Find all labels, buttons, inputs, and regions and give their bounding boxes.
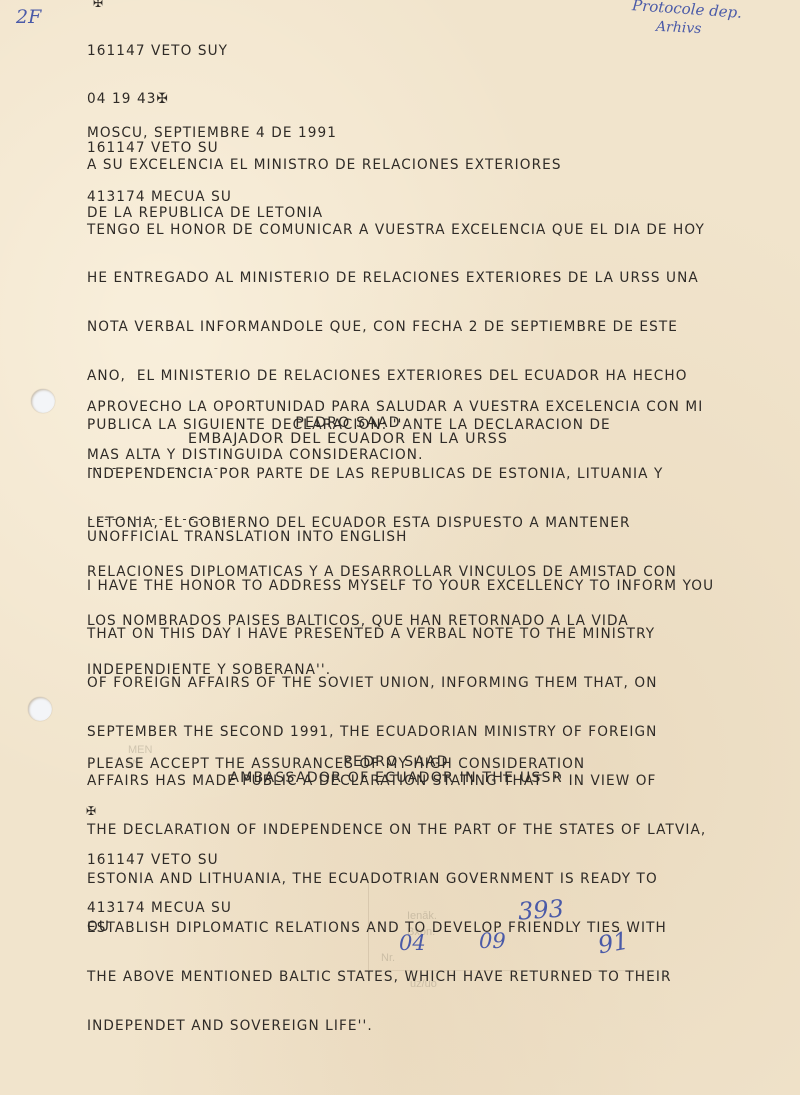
body-line: NOTA VERBAL INFORMANDOLE QUE, CON FECHA … — [87, 319, 705, 335]
closing-line: APROVECHO LA OPORTUNIDAD PARA SALUDAR A … — [87, 399, 703, 415]
handwritten-date-year: 91 — [596, 927, 631, 960]
english-signature: PEDRO SAAD AMBASSADOR OF ECUADOR IN THE … — [0, 754, 796, 787]
body-line: THAT ON THIS DAY I HAVE PRESENTED A VERB… — [87, 626, 714, 642]
signature-title: AMBASSADOR OF ECUADOR IN THE USSR — [0, 770, 796, 786]
handwritten-date-day: 04 — [399, 931, 426, 955]
registration-stamp-box: Ienāk. Bxon. Nr. — [368, 880, 659, 971]
separator-line: ------------------- — [87, 461, 236, 475]
end-mark-text: OU — [87, 919, 110, 935]
stamp-word: Nr. — [381, 952, 395, 964]
hole-punch-upper — [31, 389, 55, 413]
stamp-word: Ienāk. — [407, 910, 437, 922]
body-line: INDEPENDET AND SOVEREIGN LIFE''. — [87, 1018, 714, 1034]
signature-name: PEDRO SAAD — [0, 415, 748, 431]
handwritten-registration-number: 393 — [517, 894, 565, 925]
body-line: I HAVE THE HONOR TO ADDRESS MYSELF TO YO… — [87, 578, 714, 594]
stamp-word: uz/uo — [410, 978, 437, 990]
hole-punch-lower — [28, 697, 52, 721]
body-line: OF FOREIGN AFFAIRS OF THE SOVIET UNION, … — [87, 675, 714, 691]
body-line: TENGO EL HONOR DE COMUNICAR A VUESTRA EX… — [87, 222, 705, 238]
end-mark: OU — [87, 886, 110, 967]
handwritten-archive-note-line2: Arhivs — [656, 19, 702, 37]
body-line: THE ABOVE MENTIONED BALTIC STATES, WHICH… — [87, 969, 714, 985]
footer-code-line: 161147 VETO SU — [87, 852, 232, 868]
translation-heading-text: UNOFFICIAL TRANSLATION INTO ENGLISH — [87, 529, 408, 545]
body-line: HE ENTREGADO AL MINISTERIO DE RELACIONES… — [87, 270, 705, 286]
signature-title: EMBAJADOR DEL ECUADOR EN LA URSS — [0, 431, 748, 447]
spanish-signature: PEDRO SAAD EMBAJADOR DEL ECUADOR EN LA U… — [0, 415, 748, 448]
addressee-line: A SU EXCELENCIA EL MINISTRO DE RELACIONE… — [87, 157, 562, 173]
telex-cross-symbol-top: ✠ — [93, 0, 103, 10]
english-body: I HAVE THE HONOR TO ADDRESS MYSELF TO YO… — [87, 545, 714, 1067]
telex-document-page: 2F Protocole dep. Arhivs ✠ 161147 VETO S… — [0, 0, 800, 1095]
header-code-line: 161147 VETO SUY — [87, 43, 232, 59]
signature-name: PEDRO SAAD — [0, 754, 796, 770]
handwritten-archive-note-line1: Protocole dep. — [632, 0, 743, 22]
separator-line: ------------------- — [87, 512, 236, 526]
handwritten-page-number: 2F — [16, 6, 41, 28]
telex-cross-symbol-footer: ✠ — [86, 804, 96, 818]
handwritten-date-month: 09 — [479, 929, 506, 953]
